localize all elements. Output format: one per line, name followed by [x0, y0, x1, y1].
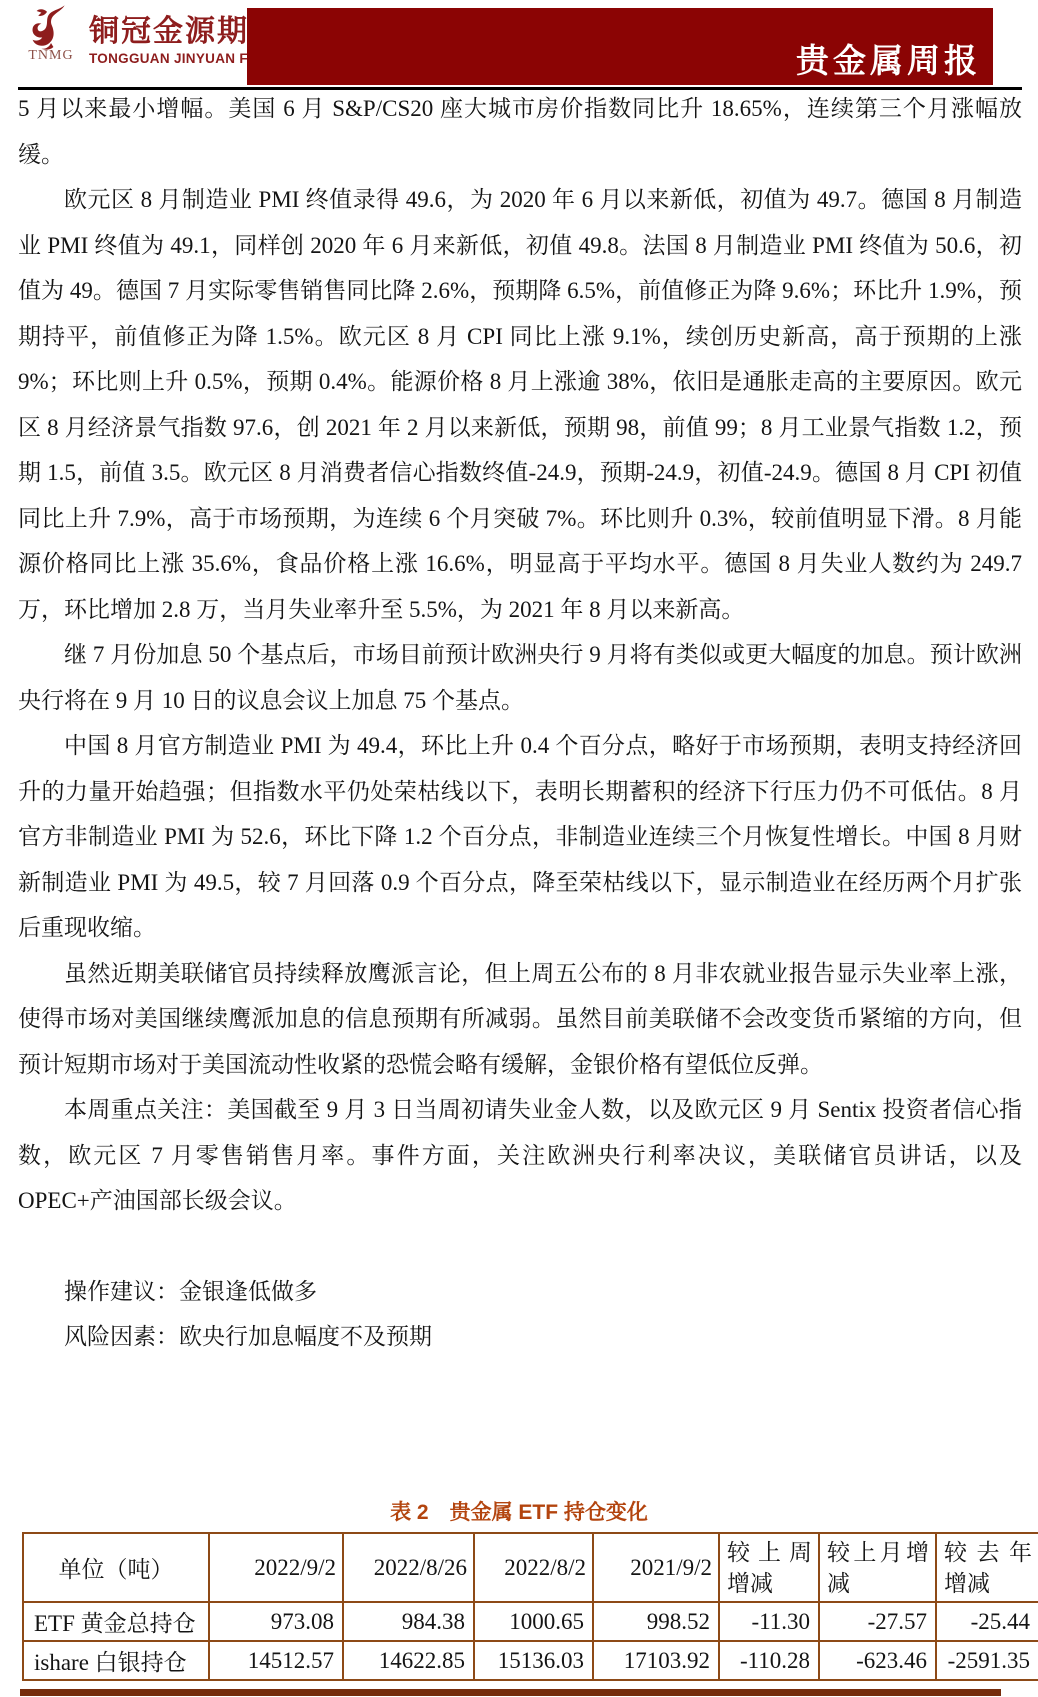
header-cell-date-4: 2021/9/2	[593, 1533, 719, 1602]
table-header-row: 单位（吨） 2022/9/2 2022/8/26 2022/8/2 2021/9…	[23, 1533, 1038, 1602]
header-cell-date-1: 2022/9/2	[209, 1533, 343, 1602]
row-label: ETF 黄金总持仓	[23, 1602, 209, 1641]
header-cell-year-change: 较去年增减	[936, 1533, 1038, 1602]
table-row-gold: ETF 黄金总持仓 973.08 984.38 1000.65 998.52 -…	[23, 1602, 1038, 1641]
logo-mark: TNMG	[22, 3, 80, 64]
table-cell: -27.57	[819, 1602, 936, 1641]
table-row-silver: ishare 白银持仓 14512.57 14622.85 15136.03 1…	[23, 1641, 1038, 1680]
advice-block: 操作建议：金银逢低做多 风险因素：欧央行加息幅度不及预期	[18, 1269, 1022, 1360]
title-banner: 贵金属周报	[247, 8, 993, 85]
row-label: ishare 白银持仓	[23, 1641, 209, 1680]
header-cell-week-change: 较上周增减	[719, 1533, 819, 1602]
etf-holdings-table: 单位（吨） 2022/9/2 2022/8/26 2022/8/2 2021/9…	[22, 1532, 1038, 1681]
report-body: 5 月以来最小增幅。美国 6 月 S&P/CS20 座大城市房价指数同比升 18…	[18, 86, 1022, 1360]
header-cell-date-2: 2022/8/26	[343, 1533, 474, 1602]
paragraph-1: 5 月以来最小增幅。美国 6 月 S&P/CS20 座大城市房价指数同比升 18…	[18, 86, 1022, 177]
logo-abbr: TNMG	[22, 48, 80, 64]
table-title: 表 2 贵金属 ETF 持仓变化	[0, 1499, 1038, 1527]
table-cell: -110.28	[719, 1641, 819, 1680]
paragraph-3: 继 7 月份加息 50 个基点后，市场目前预计欧洲央行 9 月将有类似或更大幅度…	[18, 632, 1022, 723]
paragraph-5: 虽然近期美联储官员持续释放鹰派言论，但上周五公布的 8 月非农就业报告显示失业率…	[18, 951, 1022, 1088]
header-cell-unit: 单位（吨）	[23, 1533, 209, 1602]
table-cell: -623.46	[819, 1641, 936, 1680]
table-cell: 17103.92	[593, 1641, 719, 1680]
table-cell: 14512.57	[209, 1641, 343, 1680]
etf-table-section: 表 2 贵金属 ETF 持仓变化 单位（吨） 2022/9/2 2022/8/2…	[0, 1499, 1038, 1681]
risk-line: 风险因素：欧央行加息幅度不及预期	[18, 1314, 1022, 1360]
report-page: TNMG 铜冠金源期货 TONGGUAN JINYUAN FUTURES 贵金属…	[0, 0, 1038, 1697]
tnmg-bird-icon	[27, 3, 75, 51]
table-cell: -25.44	[936, 1602, 1038, 1641]
paragraph-4: 中国 8 月官方制造业 PMI 为 49.4，环比上升 0.4 个百分点，略好于…	[18, 723, 1022, 951]
table-cell: 15136.03	[474, 1641, 593, 1680]
report-title: 贵金属周报	[796, 44, 981, 80]
table-cell: 998.52	[593, 1602, 719, 1641]
advice-line: 操作建议：金银逢低做多	[18, 1269, 1022, 1315]
paragraph-6: 本周重点关注：美国截至 9 月 3 日当周初请失业金人数，以及欧元区 9 月 S…	[18, 1087, 1022, 1224]
table-cell: 984.38	[343, 1602, 474, 1641]
table-cell: -11.30	[719, 1602, 819, 1641]
footer-bar	[20, 1689, 1001, 1696]
paragraph-2: 欧元区 8 月制造业 PMI 终值录得 49.6，为 2020 年 6 月以来新…	[18, 177, 1022, 632]
table-cell: 973.08	[209, 1602, 343, 1641]
table-cell: 14622.85	[343, 1641, 474, 1680]
header-cell-date-3: 2022/8/2	[474, 1533, 593, 1602]
table-cell: 1000.65	[474, 1602, 593, 1641]
header-cell-month-change: 较上月增减	[819, 1533, 936, 1602]
table-cell: -2591.35	[936, 1641, 1038, 1680]
